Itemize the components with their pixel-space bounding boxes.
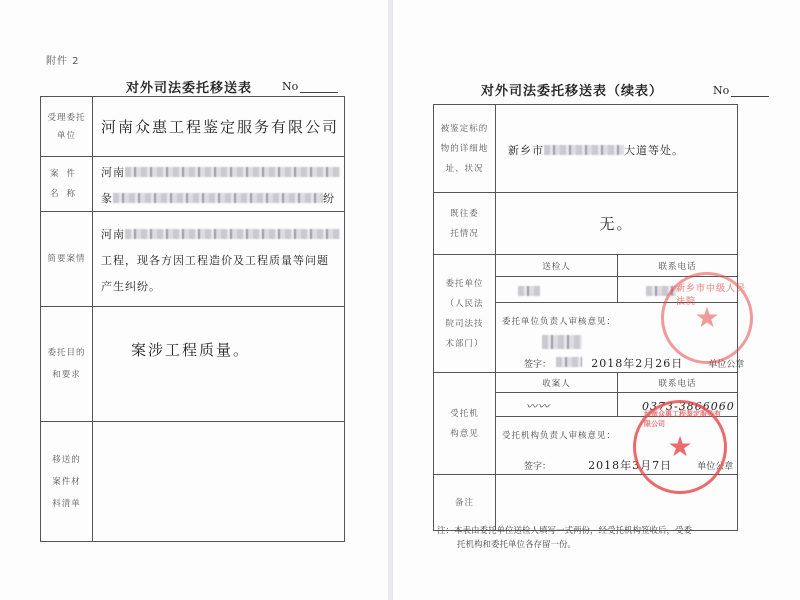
receiver-signature: 〰︎〰︎ — [496, 393, 618, 417]
table-row: 既往委托情况 无。 — [434, 193, 738, 255]
purpose-value: 案涉工程质量。 — [93, 307, 345, 422]
table-row: 被鉴定标的物的详细地址、状况 新乡市大道等处。 — [434, 105, 738, 193]
receiver-header: 收案人 — [496, 373, 618, 393]
row-label-subject-address: 被鉴定标的物的详细地址、状况 — [434, 105, 496, 193]
left-page: 附件 2 对外司法委托移送表 No 受理委托单位 河南众惠工程鉴定服务有限公司 … — [0, 0, 389, 600]
client-sign-date: 2018年2月26日 — [591, 357, 683, 370]
redacted-text — [125, 167, 340, 177]
table-row: 委托目的和要求 案涉工程质量。 — [41, 307, 345, 422]
row-label-purpose: 委托目的和要求 — [41, 307, 93, 422]
case-summary-value: 河南 工程，现各方因工程造价及工程质量等问题 产生纠纷。 — [93, 212, 345, 307]
company-seal-stamp: 河南众惠工程鉴定服务有限公司 ★ — [633, 400, 727, 494]
row-label-agency-opinion: 受托机构意见 — [434, 373, 496, 475]
row-label-materials: 移送的案件材料清单 — [41, 422, 93, 542]
transfer-form-table: 受理委托单位 河南众惠工程鉴定服务有限公司 案件名称 河南 彖纷 简要案情 河南… — [40, 96, 345, 542]
redacted-text — [544, 145, 624, 155]
table-row: 简要案情 河南 工程，现各方因工程造价及工程质量等问题 产生纠纷。 — [41, 212, 345, 307]
prior-commission-value: 无。 — [496, 193, 738, 255]
client-unit-value: 河南众惠工程鉴定服务有限公司 — [93, 97, 345, 157]
row-label-client-dept: 委托单位（人民法院司法技术部门） — [434, 255, 496, 373]
sender-value — [496, 277, 618, 303]
row-label-case-summary: 简要案情 — [41, 212, 93, 307]
redacted-text — [518, 286, 540, 296]
court-seal-stamp: 新乡市中级人民法院 ★ — [661, 272, 753, 364]
table-row: 受托机构意见 收案人 联系电话 — [434, 373, 738, 393]
case-name-value: 河南 彖纷 — [93, 157, 345, 212]
form-title-continued: 对外司法委托移送表（续表） — [481, 80, 663, 99]
receiver-phone-header: 联系电话 — [618, 373, 738, 393]
table-row: 受理委托单位 河南众惠工程鉴定服务有限公司 — [41, 97, 345, 157]
redacted-text — [125, 229, 340, 239]
sender-header: 送检人 — [496, 255, 618, 277]
row-label-case-name: 案件名称 — [41, 157, 93, 212]
subject-address-value: 新乡市大道等处。 — [496, 105, 738, 193]
attachment-label: 附件 2 — [46, 52, 80, 67]
redacted-text — [113, 193, 323, 203]
form-title: 对外司法委托移送表 — [126, 77, 252, 96]
row-label-remarks: 备注 — [434, 475, 496, 531]
table-row: 案件名称 河南 彖纷 — [41, 157, 345, 212]
materials-value — [93, 422, 345, 542]
table-row: 委托单位（人民法院司法技术部门） 送检人 联系电话 — [434, 255, 738, 277]
right-page: 对外司法委托移送表（续表） No 被鉴定标的物的详细地址、状况 新乡市大道等处。… — [392, 0, 800, 600]
star-icon: ★ — [667, 433, 692, 461]
row-label-client-unit: 受理委托单位 — [41, 97, 93, 157]
row-label-prior-commission: 既往委托情况 — [434, 193, 496, 255]
footnote: 注：本表由委托单位送检人填写一式两份，经受托机构签收后，受委 托机构和委托单位各… — [437, 524, 757, 552]
redacted-signature — [556, 357, 582, 367]
table-row: 移送的案件材料清单 — [41, 422, 345, 542]
redacted-signature — [542, 335, 582, 349]
form-number: No — [713, 84, 769, 97]
form-number: No — [282, 80, 338, 93]
star-icon: ★ — [694, 304, 719, 332]
